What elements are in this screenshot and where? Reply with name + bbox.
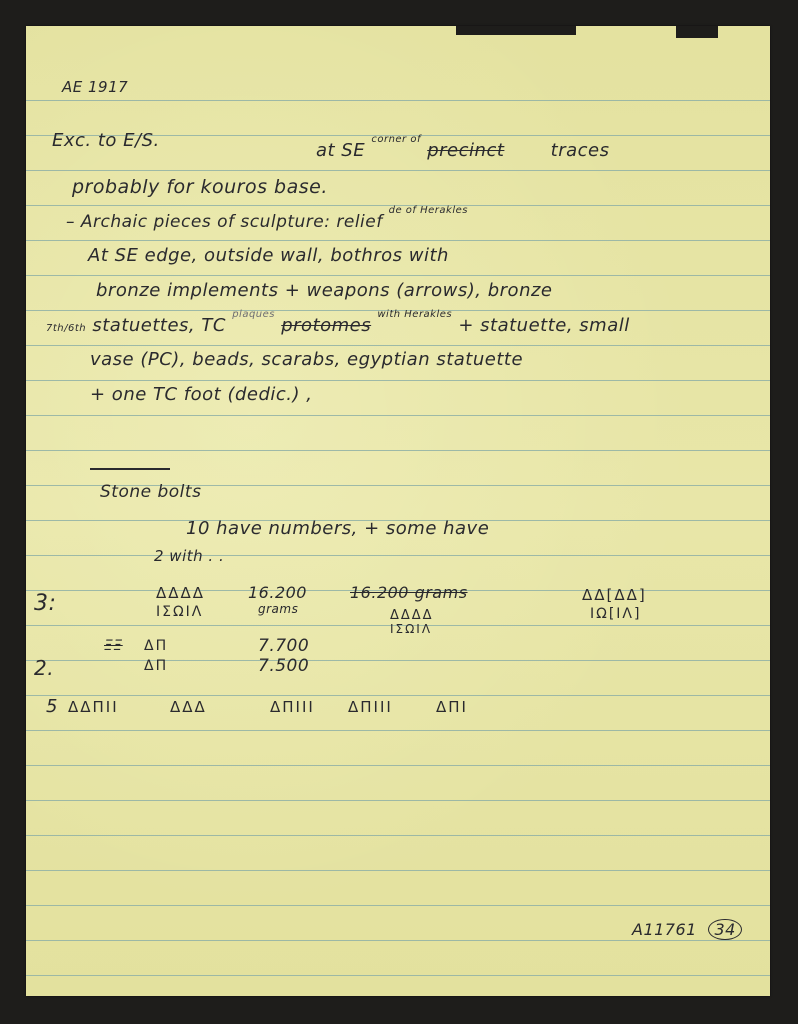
ruled-line bbox=[26, 345, 770, 346]
ruled-line bbox=[26, 240, 770, 241]
inscription-symbols: ΙΣΩΙΛ bbox=[156, 604, 203, 620]
row-label: 5 bbox=[46, 696, 58, 717]
note-text: at SE bbox=[316, 140, 365, 161]
inscription-symbols: ΔΠ bbox=[144, 638, 168, 654]
note-text: + statuette, small bbox=[458, 315, 629, 336]
ruled-line bbox=[26, 100, 770, 101]
inscription-group: ΔΠΙΙΙ bbox=[348, 698, 393, 716]
ruled-line bbox=[26, 835, 770, 836]
note-line-2: probably for kouros base. bbox=[72, 176, 328, 198]
inscription-group: ΔΔΔ bbox=[170, 698, 207, 716]
weight-value: 7.700 bbox=[258, 636, 309, 656]
inscription-symbols: ΔΔ[ΔΔ] bbox=[582, 586, 647, 604]
weight-value: 7.500 bbox=[258, 656, 309, 676]
insertion-note: plaques bbox=[232, 309, 275, 320]
ruled-line bbox=[26, 905, 770, 906]
row-label: 2. bbox=[34, 656, 54, 680]
torn-edge bbox=[676, 26, 718, 38]
inscription-symbols: ΔΔΔΔ bbox=[156, 584, 205, 602]
ruled-line bbox=[26, 275, 770, 276]
section-title: Stone bolts bbox=[100, 482, 201, 502]
section-line-1: 10 have numbers, + some have bbox=[186, 518, 489, 539]
weight-unit: grams bbox=[258, 602, 298, 616]
inscription-group: ΔΔΠΙΙ bbox=[68, 698, 119, 716]
ruled-line bbox=[26, 660, 770, 661]
insertion-note: with Herakles bbox=[377, 309, 452, 320]
footer-reference: A11761 34 bbox=[632, 919, 742, 940]
ruled-line bbox=[26, 170, 770, 171]
note-text: traces bbox=[551, 140, 610, 161]
note-text: bronze implements + weapons (arrows), bbox=[96, 280, 482, 301]
ruled-line bbox=[26, 415, 770, 416]
section-divider bbox=[90, 468, 170, 470]
note-line-8: + one TC foot (dedic.) , bbox=[90, 384, 312, 405]
inscription-symbols: ΙΣΩΙΛ bbox=[390, 622, 432, 636]
inscription-group: ΔΠΙΙΙ bbox=[270, 698, 315, 716]
note-line-7: vase (PC), beads, scarabs, egyptian stat… bbox=[90, 349, 523, 370]
struck-symbols: ΞΞ bbox=[104, 638, 123, 654]
archive-number: A11761 bbox=[632, 920, 697, 939]
ruled-line bbox=[26, 555, 770, 556]
struck-weight: 16.200 grams bbox=[350, 583, 468, 602]
notepad-page: AE 1917 Exc. to E/S. at SE corner of pre… bbox=[26, 26, 770, 996]
title-line: Exc. to E/S. bbox=[52, 130, 160, 151]
note-text: bronze bbox=[488, 280, 553, 301]
ruled-line bbox=[26, 975, 770, 976]
note-text: statuettes, TC bbox=[92, 315, 226, 336]
ruled-line bbox=[26, 870, 770, 871]
section-line-2: 2 with . . bbox=[154, 547, 224, 565]
torn-edge bbox=[456, 26, 576, 35]
inscription-symbols: ΙΩ[ΙΛ] bbox=[590, 606, 641, 622]
inscription-group: ΔΠΙ bbox=[436, 698, 468, 716]
inscription-symbols: ΔΠ bbox=[144, 658, 168, 674]
ruled-line bbox=[26, 800, 770, 801]
insertion-note: de of Herakles bbox=[389, 205, 468, 216]
header-reference: AE 1917 bbox=[62, 78, 128, 96]
ruled-line bbox=[26, 450, 770, 451]
note-line-3: – Archaic pieces of sculpture: relief de… bbox=[66, 212, 468, 232]
ruled-line bbox=[26, 765, 770, 766]
note-line-5: bronze implements + weapons (arrows), br… bbox=[96, 280, 553, 301]
row-label: 3: bbox=[34, 591, 56, 616]
insertion-note: corner of bbox=[371, 134, 421, 145]
struck-text: protomes bbox=[281, 315, 371, 336]
ruled-line bbox=[26, 730, 770, 731]
weight-value: 16.200 bbox=[248, 583, 307, 602]
note-text: – Archaic pieces of sculpture: relief bbox=[66, 212, 383, 232]
note-line-1: at SE corner of precinct traces bbox=[316, 140, 609, 161]
page-number: 34 bbox=[708, 919, 741, 940]
ruled-line bbox=[26, 695, 770, 696]
inscription-symbols: ΔΔΔΔ bbox=[390, 608, 434, 623]
struck-text: precinct bbox=[427, 140, 504, 161]
note-line-6: 7th/6th statuettes, TC plaques protomes … bbox=[46, 315, 630, 336]
century-prefix: 7th/6th bbox=[46, 323, 86, 334]
ruled-line bbox=[26, 380, 770, 381]
ruled-line bbox=[26, 940, 770, 941]
note-line-4: At SE edge, outside wall, bothros with bbox=[88, 245, 449, 266]
